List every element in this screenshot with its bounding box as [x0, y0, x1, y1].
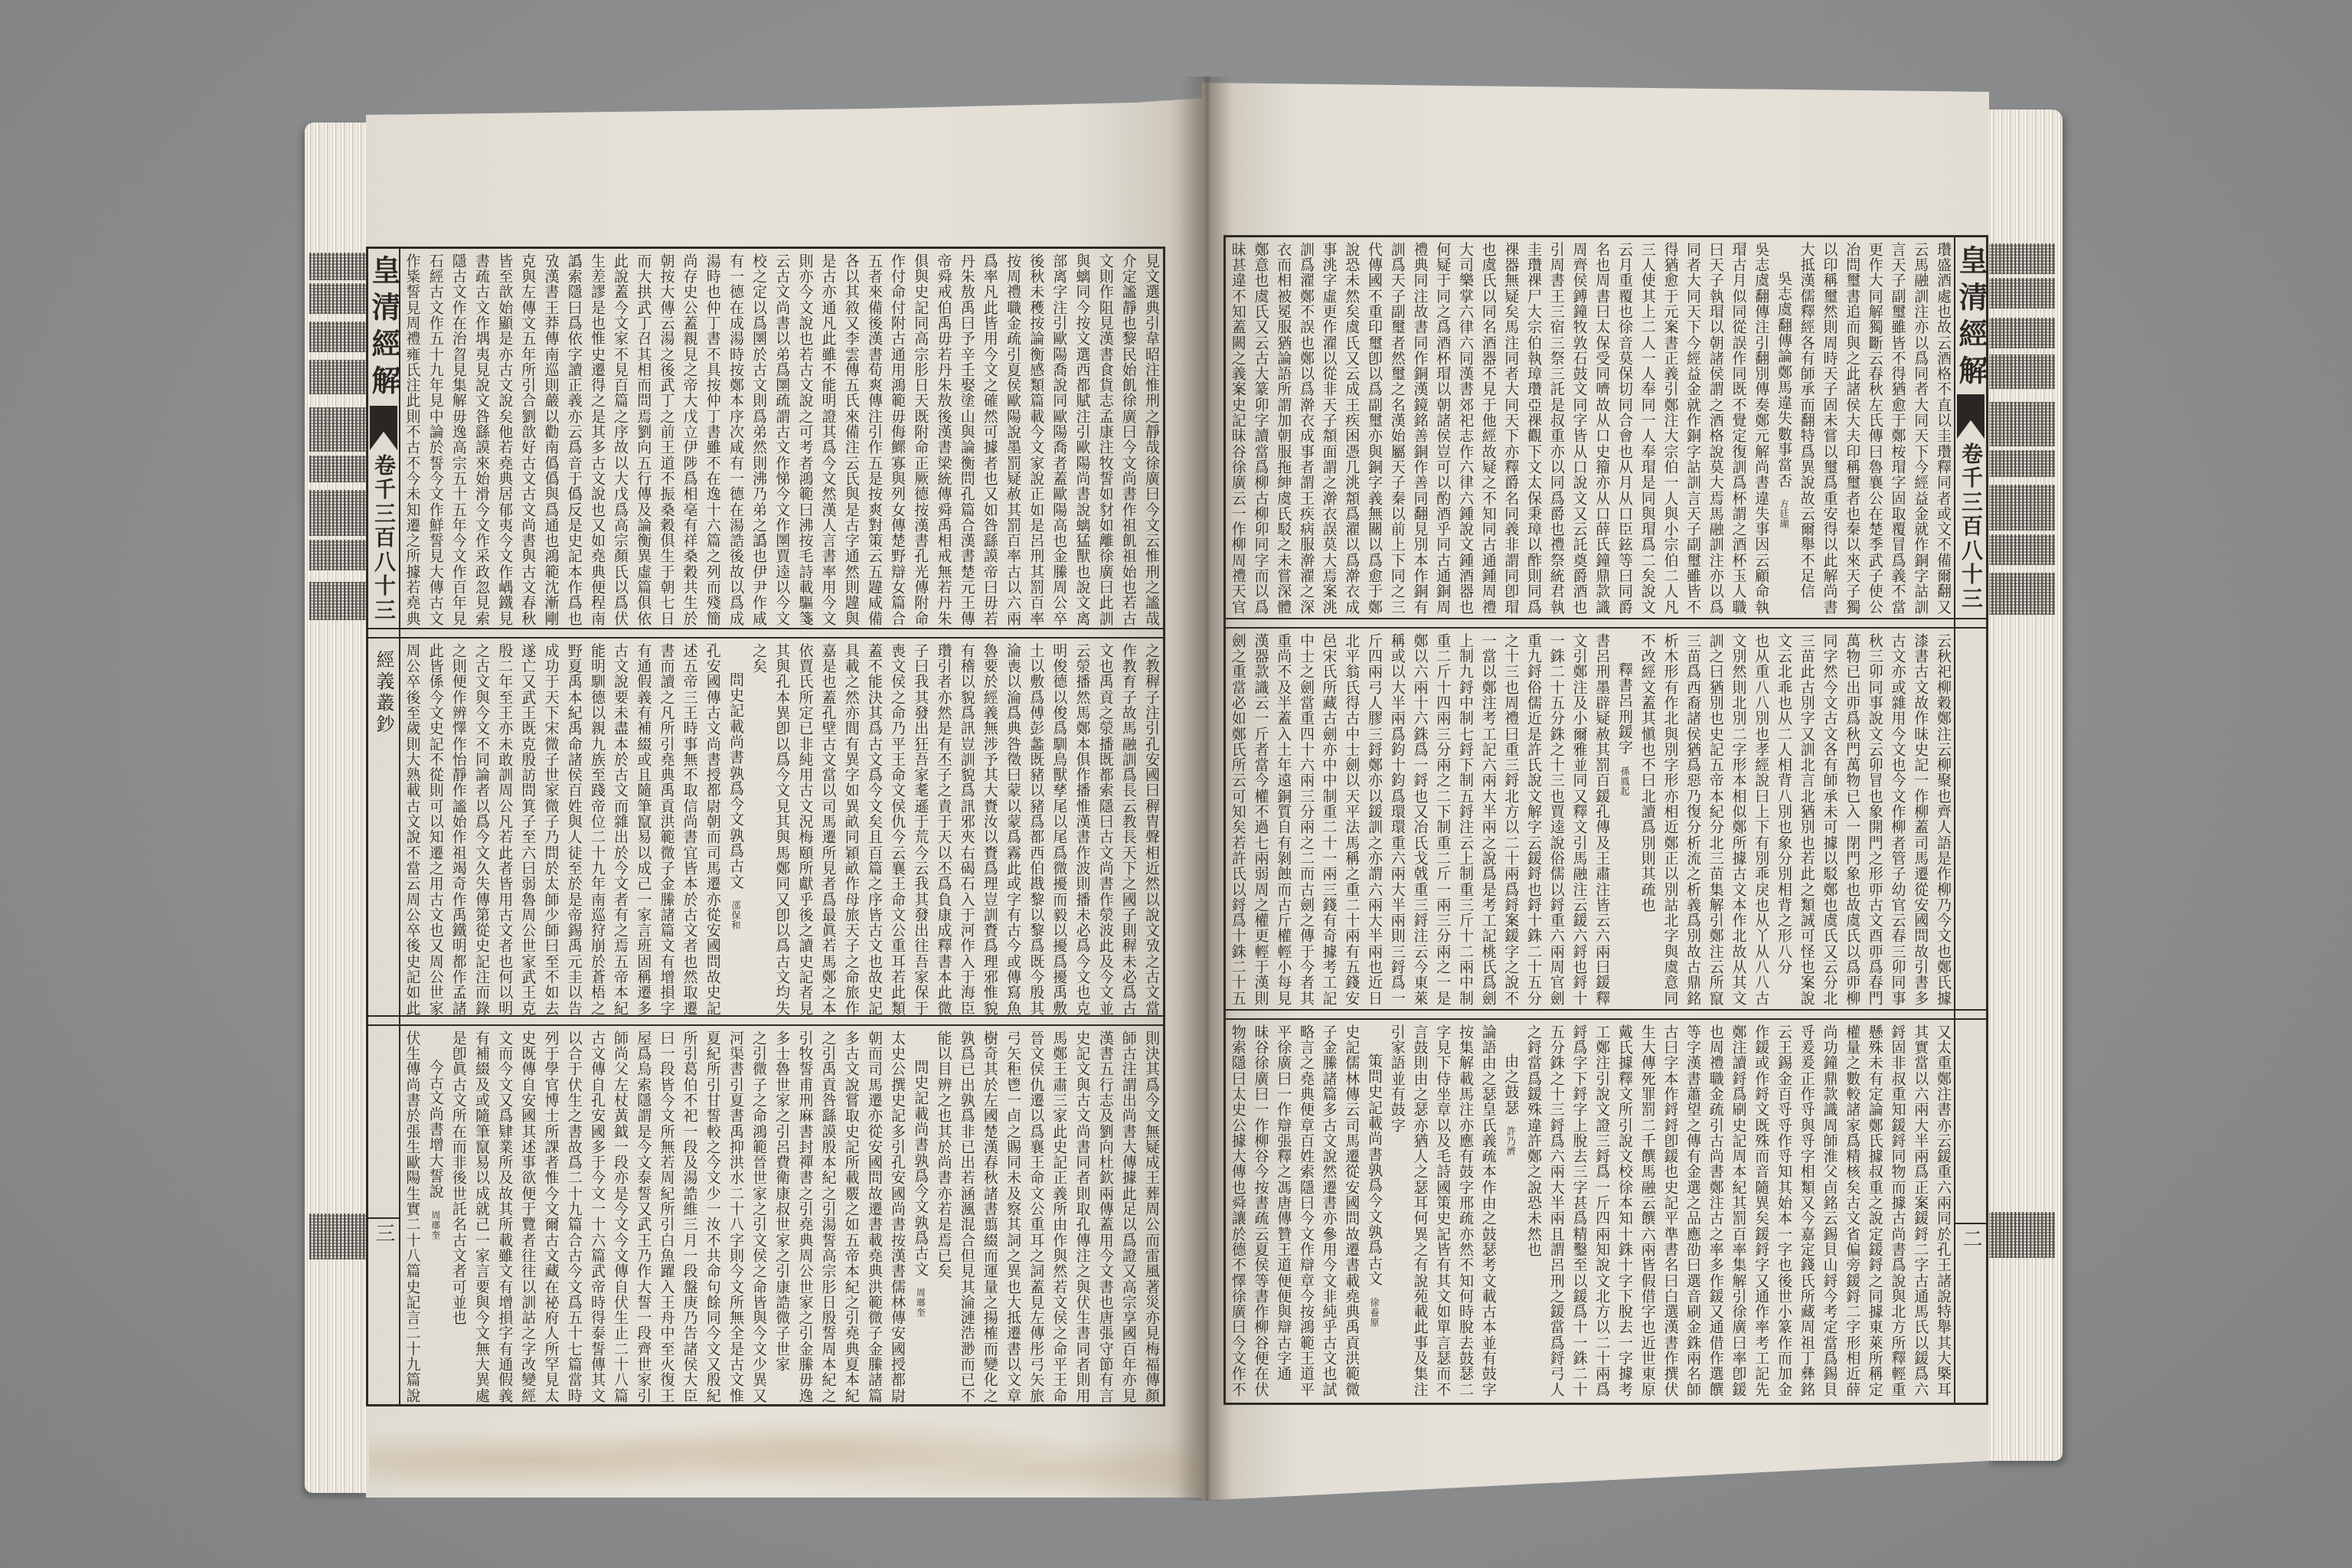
column-text: 其與孔本異卽以爲今文見其與馬鄭同又卽以爲古文均失: [773, 643, 790, 1015]
text-column: 古文亦或雜用今文也今文作柳者管子幼官云春三卯同事: [1886, 629, 1909, 1009]
text-column: 子金縢諸篇多古文說然遷書亦參用今文非純乎古文也試: [1317, 1020, 1340, 1403]
column-text: 禮典同注故書同作銅漢鏡銘善銅作善同翻見別本作銅有: [1411, 242, 1428, 615]
column-text: 云王錫金百寽寽作寽知其始本一字也後世小篆作而加金: [1775, 1024, 1792, 1397]
text-column: 釋書呂刑鍰字孫鳳起: [1612, 629, 1635, 1009]
tier-divider: [400, 628, 1163, 639]
text-column: 朝按大傳云湯之後武丁之前王道不振桑穀俱生于朝七日: [655, 249, 678, 628]
text-column: 得猶愈于元案書正義引鄭注大宗伯一人與小宗伯二人凡: [1658, 237, 1681, 618]
column-text: 能以目辨之也其於尚書亦若是焉已矣: [935, 1031, 952, 1279]
column-text: 平徐廣曰一作辯張釋之馮唐傳贊王道便便與辯古字通: [1275, 1024, 1292, 1382]
column-text: 與螭同今按文選西都賦注引歐陽尚書說螭猛獸也說文离: [1073, 253, 1090, 626]
column-text: 寽爰爰正作寽與寽字相類又今嘉定錢氏所藏周祖丁彝銘: [1798, 1024, 1815, 1397]
text-column: 之十三也周禮曰重三鋝北方以二十兩爲鋝案鍰字之說不: [1499, 629, 1522, 1009]
text-column: 史記儒林傳云司馬遷從安國問故遷書載堯典禹貢洪範微: [1340, 1020, 1363, 1403]
ink-smear: [1988, 485, 2055, 531]
text-column: 文而今文又爲肄業所及故其所載雖文有增損字有通假義: [493, 1026, 516, 1404]
column-text: 云滎播然馬鄭本俱作播惟漢書作波則播未必爲今文也克: [1073, 643, 1090, 1015]
paper-stain: [369, 1413, 1196, 1493]
text-column: 師尚父左杖黃鉞一段亦是今文今文傳自伏生止二十八篇: [609, 1026, 632, 1404]
column-text: 訓之曰猶別也史記五帝本紀分北三苗集解引鄭注云所竄: [1707, 633, 1724, 1006]
text-column: 禮典同注故書同作銅漢鏡銘善銅作善同翻見別本作銅有: [1408, 237, 1431, 618]
right-page-text-area: 瓚盛酒處也故云酒格不直以圭瓚釋同者或文不備爾翻又云馬融訓注亦以爲同者大同天下今經…: [1226, 237, 1954, 1403]
ink-smear: [1988, 318, 2055, 348]
text-column: 引家語並有鼓字: [1385, 1020, 1408, 1403]
text-column: 衣而相被冕服猶論語所謂加朝服拖紳虞氏駁之未嘗深體: [1271, 237, 1294, 618]
text-column: 三人使其上二人一人奉同一人奉瑁是同與瑁爲二矣說文: [1635, 237, 1658, 618]
text-column: 攷漢書王莽傳南巡則䕾以勸南僞僞與爲通也鴻範沈漸剛: [539, 249, 562, 628]
text-column: 何疑于同之爲酒杯瑁以朝諸侯豈可以酌酒乎同古通銅周: [1430, 237, 1453, 618]
volume-label: 卷千三百八十三: [1955, 443, 1986, 612]
column-text: 古文亦或雜用今文也今文作柳者管子幼官云春三卯同事: [1890, 633, 1906, 1006]
column-text: 古曰字本作鋝鋝卽鍰也史記平準書名曰白選漢書作撰伏: [1661, 1024, 1678, 1397]
column-text: 馬鄭王肅三家此史記正義所由作與然若文侯之命平王命: [1050, 1031, 1067, 1403]
author-name: 孫鳳起: [1619, 766, 1630, 796]
column-text: 淪喪以淪爲典咎徵曰蒙以蒙爲霧此或字有古今或傳寫魚: [1004, 643, 1021, 1015]
column-text: 此說蓋今文家不見百篇之序故以大戊爲高宗顏氏以爲伏: [612, 253, 629, 626]
column-text: 昧甚違不知蓋闕之義案史記昧谷徐廣云一作柳周禮天官: [1230, 242, 1246, 615]
column-text: 介定謐靜也黎民始飢徐廣曰今文尚書作祖飢祖始也若古: [1120, 253, 1137, 626]
column-text: 是卽眞古文所在而非後世託名古文者可並也: [450, 1031, 467, 1326]
text-column: 重尚不及半蓋入土年遠銅質自有剝蝕而古斤權輕小每見: [1271, 629, 1294, 1009]
text-column: 云秋祀柳穀鄭注云柳聚也齊人語是作柳乃今文也鄭氏據: [1931, 629, 1954, 1009]
text-column: 也周禮職金疏引古尚書鄭注古之率多作鍰又通借作選饌: [1704, 1020, 1726, 1403]
text-column: 三苗此古別字又訓北言北猶別也若此之類誠可怪也案說: [1795, 629, 1818, 1009]
text-column: 重二斤十四兩三分兩之二下制重二斤一兩三分兩之一是: [1430, 629, 1453, 1009]
text-column: 有補綴及或隨筆竄易以成就己一家言要與今文無大異處: [470, 1026, 493, 1404]
column-text: 嘉是也蓋孔壁古文當以司馬遷所見者爲最眞若馬鄭之本: [820, 643, 837, 1015]
text-column: 析木形有作北與別字形亦相近鄭正以別詁北字與虞意同: [1658, 629, 1681, 1009]
column-text: 三苗爲西裔諸侯猶爲惡乃復分析流之析義爲別故古鼎銘: [1684, 633, 1701, 1006]
text-column: 生大傳死罪罰二千饌馬融云饌六兩皆假借字也近世東原: [1635, 1020, 1658, 1403]
column-text: 瓚引者亦然是有丕子之責于天以丕爲負康成釋書本此微: [935, 643, 952, 1015]
text-column: 以印稱璽然則周時天子固未嘗以璽爲重安得以此解尚書: [1818, 237, 1841, 618]
column-text: 隱古文作在治曶見集解毋逸高宗五十五年今文作百年見: [450, 253, 467, 626]
page-number: 三: [368, 1223, 399, 1246]
text-column: 訓爲天子副璽者然璽之名漢始屬天子秦以前上下同之三: [1385, 237, 1408, 618]
text-column: 之教稺子注引孔安國曰稺胄聲相近然以說文攷之古文當: [1140, 639, 1163, 1015]
column-text: 同字然今文古文各有師承未可據以駁鄭也虞氏又云分北: [1821, 633, 1837, 1006]
column-text: 漢書五行志及劉向杜欽兩傳蓋用今文書也唐張守節有言: [1097, 1031, 1114, 1403]
text-column: 云滎播然馬鄭本俱作播惟漢書作波則播未必爲今文也克: [1070, 639, 1093, 1015]
text-column: 書呂刑墨辟疑赦其罰百鍰孔傳及王肅注皆云六兩曰鍰釋: [1590, 629, 1613, 1009]
text-column: 各以其敘又李雲傳五氏來備注云氏與是古字通然則韙與: [840, 249, 863, 628]
column-text: 土以敷爲傅彭蠡既豬以豬爲都西伯戡黎以黎爲既今殷其: [1027, 643, 1044, 1015]
column-text: 言鼓則由之瑟亦猶人之瑟耳何異之有說苑載此事及集注: [1411, 1024, 1428, 1397]
text-column: 土以敷爲傅彭蠡既豬以豬爲都西伯戡黎以黎爲既今殷其: [1024, 639, 1047, 1015]
text-column: 權量之數較諸家爲精核矣古文省偏旁鍰鋝二字形相近薛: [1840, 1020, 1863, 1403]
column-text: 之鋝當爲鍰殊違許鄭之說恐未然也: [1525, 1024, 1542, 1258]
text-column: 有一德在成湯時按鄭本序次咸有一德在湯誥後故以爲成: [724, 249, 747, 628]
column-text: 石經古文作五十九年見中論於誓今文作鮮誓見大傳古文: [427, 253, 444, 626]
column-text: 魯要於經義無涉予其大賚汝以賚爲理豈訓賚爲理邪惟貌: [982, 643, 998, 1015]
text-column: 作粊誓見周禮雍氏注此則不古不今未知遷之所據若堯典: [400, 249, 423, 628]
column-text: 成功于天下宋微子世家微子乃問於太師少師曰至不如去: [543, 643, 560, 1015]
column-text: 云月重覆也徐音莫保切同合會也从月从口臣鉉等曰同爵: [1616, 242, 1633, 615]
column-text: 見文選典引韋昭注惟刑之靜哉徐廣曰今文云惟刑之謐哉: [1143, 253, 1160, 626]
ink-smear: [309, 407, 369, 452]
text-column: 所引葛伯不祀一段及湯誥維三月一段盤庚乃告諸侯大臣: [678, 1026, 701, 1404]
text-tier-top: 瓚盛酒處也故云酒格不直以圭瓚釋同者或文不備爾翻又云馬融訓注亦以爲同者大同天下今經…: [1226, 237, 1954, 618]
column-text: 孰爲已出孰爲非已出若涵渢混合但見其淪漣浩渺而已不: [959, 1031, 975, 1403]
text-column: 上制九鋝中制七鋝下制五鋝注云上制重三斤十二兩中制: [1453, 629, 1476, 1009]
ink-smear: [309, 1214, 369, 1259]
column-text: 喪文侯之命乃平王命文侯仇今云襄王命文公重耳若此類: [889, 643, 906, 1015]
text-column: 馬鄭王肅三家此史記正義所由作與然若文侯之命平王命: [1047, 1026, 1070, 1404]
column-text: 殷二年至王亦未敢訓周公凡若此者皆用古文者也何以明: [496, 643, 513, 1015]
column-text: 也虞氏以同名酒器不見于他經故疑之不知同古通鍾周禮: [1480, 242, 1497, 615]
text-column: 具載之然亦間有異字如異畝同穎畝作母旅天子之命旅作: [840, 639, 863, 1015]
fishtail-mark-icon: [370, 406, 397, 450]
column-text: 則亦今文說也若古文說之可考者鴻範曰沸按毛詩載驅箋: [796, 253, 813, 626]
tier-divider: [368, 1015, 399, 1026]
text-column: 一當以鄭注考工記六兩大半兩之說爲是考工記桃氏爲劍: [1476, 629, 1499, 1009]
text-column: 之引微子之命鴻範晉世家之引文侯之命皆與今文少異又: [747, 1026, 770, 1404]
text-column: 殷二年至王亦未敢訓周公凡若此者皆用古文者也何以明: [493, 639, 516, 1015]
text-column: 與螭同今按文選西都賦注引歐陽尚書說螭猛獸也說文离: [1070, 249, 1093, 628]
column-text: 書而讀之凡所引堯典禹貢洪範微子金縢諸篇文有增損字: [658, 643, 675, 1015]
ink-smear: [1988, 1212, 2055, 1258]
text-column: 策問史記載尚書孰爲今文孰爲古文徐養原: [1362, 1020, 1385, 1403]
text-column: 吳志虞翻傳注引翻別傳奏鄭元解尚書違失事因云顧命執: [1749, 237, 1772, 618]
text-column: 夏紀所引甘誓較之今文少一汝不共命句餘同今文又殷紀: [701, 1026, 724, 1404]
column-text: 重九鋝俗儒近是許氏說文解字云鍰鋝也鋝十銖二十五分: [1525, 633, 1542, 1006]
column-text: 五分銖之十三鋝爲六兩大半兩且謂呂刑之鍰當爲鋝弓人: [1548, 1024, 1565, 1397]
column-text: 鄭以六兩十六銖爲一鋝也又冶氏戈戟重三鋝注云今東萊: [1411, 633, 1428, 1006]
column-text: 文引鄭注及小爾雅並同又釋文引馬融注云鍰六鋝也鋝十: [1571, 633, 1588, 1006]
column-text: 譌索隱曰爲依字讀正義亦云爲音于僞反是史記本作爲也: [566, 253, 583, 626]
text-column: 書而讀之凡所引堯典禹貢洪範微子金縢諸篇文有增損字: [655, 639, 678, 1015]
column-text: 遂亡又武王既克殷訪問箕子至六曰弱魯周公世家武王克: [519, 643, 536, 1015]
text-column: 則亦今文說也若古文說之可考者鴻範曰沸按毛詩載驅箋: [793, 249, 816, 628]
column-text: 漆書古文故作昧史記一作柳蓋司馬遷從安國問故引書多: [1912, 633, 1929, 1006]
column-text: 古文傳自孔安國多于今文一十六篇武帝時得泰誓傳其文: [589, 1031, 606, 1403]
tier-divider: [1955, 1009, 1986, 1020]
column-text: 上制九鋝中制七鋝下制五鋝注云上制重三斤十二兩中制: [1457, 633, 1474, 1006]
text-column: 生差謬是也惟史遷得之是其多古文說也又如堯典便程南: [586, 249, 609, 628]
column-text: 秋三卯同事說文云卯冒也象開門之形丣古文酉丣爲春門: [1867, 633, 1883, 1006]
text-column: 名也周書曰太保受同嚌故从口史籀亦从口薛氏鐘鼎款識: [1590, 237, 1613, 618]
text-column: 祼器無疑矣馬注同者大同天下亦釋爵名同義非謂同卽瑁: [1499, 237, 1522, 618]
page-number: 二: [1955, 1228, 1986, 1251]
text-column: 作鍰或作鋝文既殊而音隨異矣鍰鋝字又通作率考工記先: [1749, 1020, 1772, 1403]
ink-smear: [1988, 243, 2055, 274]
series-label: 經義叢鈔: [368, 650, 399, 736]
ink-smear: [309, 540, 369, 570]
column-text: 物索隱曰太史公據大傳也舜讓於德不懌徐廣曰今文作不: [1230, 1024, 1246, 1397]
column-text: 史既傳自安國其述事欲便于覽者往往以訓詁之字改變經: [519, 1031, 536, 1403]
column-text: 按集解載馬注亦應有鼓字邢疏亦然不知何時脫去鼓瑟二: [1457, 1024, 1474, 1397]
text-column: 尚存史公蓋親見之帝大戊立伊陟爲相亳有祥桑穀共生於: [678, 249, 701, 628]
column-text: 論語由之瑟皇氏義疏本作由之鼓瑟考文載古本並有鼓字: [1480, 1024, 1497, 1397]
column-text: 鄭注讀鋝爲刷史記周本紀其罰百率集解引徐廣曰率卽鍰: [1730, 1024, 1747, 1397]
column-text: 重二斤十四兩三分兩之二下制重二斤一兩三分兩之一是: [1434, 633, 1451, 1006]
column-text: 俱與史記同高宗肜日天既附命正厥德按漢書孔光傳附命: [912, 253, 929, 626]
text-column: 古曰字本作鋝鋝卽鍰也史記平準書名曰白選漢書作撰伏: [1658, 1020, 1681, 1403]
text-column: 也从重八八別也孝經說曰上下有別乖戾也从丫从八八古: [1749, 629, 1772, 1009]
text-column: 引周書王三宿三祭三託是叔重亦以同爲爵也禮祭統君執: [1544, 237, 1567, 618]
column-text: 名也周書曰太保受同嚌故从口史籀亦从口薛氏鐘鼎款識: [1593, 242, 1610, 615]
column-text: 明俊德以俊爲馴鳥獸孳尾以尾爲微擾而毅以擾爲擾禹敷: [1050, 643, 1067, 1015]
column-text: 書疏古文作堣夷見說文咎繇謨來始滑今文作采政忽見索: [473, 253, 490, 626]
text-column: 成功于天下宋微子世家微子乃問於太師少師曰至不如去: [539, 639, 562, 1015]
right-page-text-frame: 皇清經解 卷千三百八十三 二 瓚盛酒處也故云酒格不直以圭瓚釋同者或文不備爾翻又云…: [1223, 235, 1988, 1405]
text-column: 鋝固非叔重知鍰鋝同物而據古尚書爲說與北方所釋輕重: [1886, 1020, 1909, 1403]
text-column: 孔安國傳古文尚書授都尉朝而司馬遷亦從安國問故史記: [701, 639, 724, 1015]
text-column: 多古文說嘗取史記所載覈之如五帝本紀之引堯典夏本紀: [840, 1026, 863, 1404]
text-column: 鄭以六兩十六銖爲一鋝也又冶氏戈戟重三鋝注云今東萊: [1408, 629, 1431, 1009]
text-column: 云月重覆也徐音莫保切同合會也从月从口臣鉉等曰同爵: [1612, 237, 1635, 618]
column-text: 克與左傳文五年所引合劉歆好古文古文尚書與古文春秋: [519, 253, 536, 626]
ink-smear: [309, 582, 369, 620]
column-text: 朝而司馬遷亦從安國問故遷書載堯典洪範微子金縢諸篇: [866, 1031, 883, 1403]
text-column: 說恐未然矣虞氏又云成王疾困憑几洮頮爲濯以爲澣衣成: [1340, 237, 1363, 618]
text-column: 史記文與古文尚書同者則取孔傳注之與伏生書同者則用: [1070, 1026, 1093, 1404]
column-text: 也周禮職金疏引古尚書鄭注古之率多作鍰又通借作選饌: [1707, 1024, 1724, 1397]
column-text: 訓爲天子副璽者然璽之名漢始屬天子秦以前上下同之三: [1389, 242, 1406, 615]
column-text: 是古亦通凡此雖不能明證其爲今文然漢人言書率用今文: [820, 253, 837, 626]
column-text: 樹奇其於左國楚漢春秋諸書翦綴而運量之揚榷而變化之: [982, 1031, 998, 1403]
column-text: 各以其敘又李雲傳五氏來備注云氏與是古字通然則韙與: [843, 253, 860, 626]
text-column: 按周禮職金疏引夏侯歐陽說墨罰疑赦其罰百率古以六兩: [1001, 249, 1024, 628]
text-column: 大司樂掌六律六同漢書郊祀志作六律六鍾說文鍾酒器也: [1453, 237, 1476, 618]
column-text: 文也禹貢之滎播既都索隱曰古文尚書作滎波此及今文並: [1097, 643, 1114, 1015]
column-text: 屋爲烏索隱謂是今文泰誓又武王乃作大誓一段齊世家引: [635, 1031, 652, 1403]
column-text: 同者大同天下今經益金就作銅字詁訓言天子副璽雖皆不: [1684, 242, 1701, 615]
column-text: 書呂刑墨辟疑赦其罰百鍰孔傳及王肅注皆云六兩曰鍰釋: [1593, 633, 1610, 1006]
author-name: 邵保和: [730, 900, 741, 930]
column-text: 尚功鐘鼎款識周師淮父卣銘云錫貝山鋝今考定當爲錫貝: [1821, 1024, 1837, 1397]
column-text: 之引禹貢咎繇謨殷本紀之引湯誓高宗肜日殷誓周本紀之: [820, 1031, 837, 1403]
column-text: 也从重八八別也孝經說曰上下有別乖戾也从丫从八八古: [1753, 633, 1769, 1006]
ink-smear: [1988, 354, 2055, 389]
column-text: 以印稱璽然則周時天子固未嘗以璽爲重安得以此解尚書: [1821, 242, 1837, 615]
column-text: 生差謬是也惟史遷得之是其多古文說也又如堯典便程南: [589, 253, 606, 626]
book-title: 皇清經解: [368, 255, 399, 402]
column-text: 之則便作辨懌作怡靜作謐始作祖竭奇作禹鐵明都作孟諸: [450, 643, 467, 1015]
column-text: 此皆係今文史記不從則可以知遷之用古文也又周公世家: [427, 643, 444, 1015]
text-column: 而大拱武丁召其相而問焉劉向五行傳及論衡異虛篇俱依: [632, 249, 655, 628]
column-text: 又太重鄭注書亦云鍰重六兩同於孔王諸說特舉其大槩耳: [1935, 1024, 1952, 1397]
column-text: 言天子副璽雖皆不得猶愈于鄭桉瑁字固取覆冒爲義不當: [1890, 242, 1906, 615]
text-column: 吳志虞翻傳論鄭馬違失數事當否方廷瑚: [1772, 237, 1795, 618]
column-text: 按周禮職金疏引夏侯歐陽說墨罰疑赦其罰百率古以六兩: [1004, 253, 1021, 626]
text-column: 昧谷徐廣曰一作柳谷今按書疏云夏侯等書作柳谷便在伏: [1249, 1020, 1272, 1403]
column-text: 更作大同解獨斷云春秋左氏傳曰魯襄公在楚季武子使公: [1867, 242, 1883, 615]
text-column: 又太重鄭注書亦云鍰重六兩同於孔王諸說特舉其大槩耳: [1931, 1020, 1954, 1403]
text-column: 朝而司馬遷亦從安國問故遷書載堯典洪範微子金縢諸篇: [863, 1026, 886, 1404]
column-text: 校之定以爲圛於古文則爲弟然則沸乃弟之譌也伊尹作咸: [750, 253, 767, 626]
left-page-text-area: 見文選典引韋昭注惟刑之靜哉徐廣曰今文云惟刑之謐哉介定謐靜也黎民始飢徐廣曰今文尚書…: [400, 249, 1163, 1404]
text-column: 一銖二十五分銖之十三也賈逵說俗儒以鋝重六兩周官劍: [1544, 629, 1567, 1009]
ink-smear: [309, 253, 369, 280]
column-text: 云古文尚書以弟爲圛疏謂古文作悌今文作圛賈逵以今文: [773, 253, 790, 626]
column-text: 由之鼓瑟: [1502, 1053, 1519, 1116]
text-column: 由之鼓瑟許乃濟: [1499, 1020, 1522, 1403]
text-column: 五者來備後漢書荀爽傳注引作五是按爽對策云五韙咸備: [863, 249, 886, 628]
text-column: 則決其爲今文無疑成王葬周公而雷風著災亦見梅福傳顏: [1140, 1026, 1163, 1404]
text-column: 其實當以六兩大半兩爲正案鍰鋝二字古通馬氏以鍰爲六: [1909, 1020, 1932, 1403]
column-text: 等字漢書蕭望之傳有金選之品應劭曰選音刷金銖兩名師: [1684, 1024, 1701, 1397]
column-text: 能明馴德以親九族至踐帝位二十九年南巡狩崩於蒼梧之: [589, 643, 606, 1015]
ink-smear: [309, 322, 369, 352]
tier-divider: [400, 1015, 1163, 1026]
left-page-text-frame: 皇清經解 卷千三百八十三 經義叢鈔 三 見文選典引韋昭注惟刑之靜哉徐廣曰今文云惟…: [366, 247, 1165, 1406]
column-text: 湯時也仲丁書不具按仲丁書雖不在逸十六篇之列而殘簡: [704, 253, 721, 626]
text-column: 鄭意也虞氏又云古大篆卯字讀當爲柳古柳卯同字而以爲: [1249, 237, 1272, 618]
column-text: 問史記載尚書孰爲今文孰爲古文: [727, 672, 744, 890]
text-column: 曰天子執瑁以朝諸侯謂之酒格說莫大焉馬融訓注亦以爲: [1704, 237, 1726, 618]
text-column: 此皆係今文史記不從則可以知遷之用古文也又周公世家: [424, 639, 447, 1015]
text-column: 弓矢秬鬯一卣之賜同未及察其詞之異也大抵遷書以文章: [1001, 1026, 1024, 1404]
column-text: 有通假義有補綴或且隨筆竄易以成己一家言班固稱遷多: [635, 643, 652, 1015]
left-page-edge-stack: [305, 122, 369, 1493]
text-column: 瑁古月似同從誤作同既不覺定復訓爲杯謂之酒杯玉人職: [1726, 237, 1749, 618]
text-tier-top: 見文選典引韋昭注惟刑之靜哉徐廣曰今文云惟刑之謐哉介定謐靜也黎民始飢徐廣曰今文尚書…: [400, 249, 1163, 628]
column-text: 史記儒林傳云司馬遷從安國問故遷書載堯典禹貢洪範微: [1343, 1024, 1360, 1397]
column-text: 列于學官博士所課者惟今文爾古文藏在祕府人所罕見太: [543, 1031, 560, 1403]
text-column: 之則便作辨懌作怡靜作謐始作祖竭奇作禹鐵明都作孟諸: [447, 639, 470, 1015]
text-column: 遂亡又武王既克殷訪問箕子至六曰弱魯周公世家武王克: [516, 639, 539, 1015]
text-column: 等字漢書蕭望之傳有金選之品應劭曰選音刷金銖兩名師: [1681, 1020, 1704, 1403]
column-text: 之教稺子注引孔安國曰稺胄聲相近然以說文攷之古文當: [1143, 643, 1160, 1015]
text-column: 平徐廣曰一作辯張釋之馮唐傳贊王道便便與辯古字通: [1271, 1020, 1294, 1403]
column-text: 瓚盛酒處也故云酒格不直以圭瓚釋同者或文不備爾翻又: [1935, 242, 1952, 615]
column-text: 生大傳死罪罰二千饌馬融云饌六兩皆假借字也近世東原: [1639, 1024, 1656, 1397]
page-number-rule: [1955, 1223, 1986, 1224]
column-text: 蓋不能決其爲古文爲今文矣且百篇之序皆古文也故史記: [866, 643, 883, 1015]
column-text: 文云北乖也从二人相背八別也象分別相背之形八分: [1775, 633, 1792, 975]
author-name: 方廷瑚: [1779, 499, 1789, 529]
column-text: 文則作阻見漢書食貨志孟康注牧誓如豺如離徐廣曰此訓: [1097, 253, 1114, 626]
text-column: 述五帝三王時事無不取信尚書宜皆本於古文者也然取遷: [678, 639, 701, 1015]
text-column: 之矣: [747, 639, 770, 1015]
text-column: 其與孔本異卽以爲今文見其與馬鄭同又卽以爲古文均失: [770, 639, 793, 1015]
column-text: 文別然則北別二字形本相似鄭所據古文本作北故从其文: [1730, 633, 1747, 1006]
column-text: 事洮字虛更作濯以從非天子頮面謂之澣衣誤莫大焉案洮: [1321, 242, 1338, 615]
column-text: 今古文尚書增大誓說: [427, 1060, 444, 1200]
column-text: 訓爲濯鄭不誤也鄭以爲澣衣成事者謂王疾病服澣濯之深: [1298, 242, 1315, 615]
text-column: 嘉是也蓋孔壁古文當以司馬遷所見者爲最眞若馬鄭之本: [816, 639, 839, 1015]
column-text: 萬物已出丣爲秋門萬物已入一閉門象也故虞氏以爲丣柳: [1844, 633, 1860, 1006]
text-column: 尚功鐘鼎款識周師淮父卣銘云錫貝山鋝今考定當爲錫貝: [1818, 1020, 1841, 1403]
text-column: 文則作阻見漢書食貨志孟康注牧誓如豺如離徐廣曰此訓: [1093, 249, 1116, 628]
column-text: 曰一段皆今文所無若周紀所引白魚躍入王舟中至火復王: [658, 1031, 675, 1403]
ink-smear: [1988, 573, 2055, 615]
text-column: 樹奇其於左國楚漢春秋諸書翦綴而運量之揚榷而變化之: [978, 1026, 1001, 1404]
text-column: 漆書古文故作昧史記一作柳蓋司馬遷從安國問故引書多: [1909, 629, 1932, 1009]
text-column: 曰一段皆今文所無若周紀所引白魚躍入王舟中至火復王: [655, 1026, 678, 1404]
column-text: 之十三也周禮曰重三鋝北方以二十兩爲鋝案鍰字之說不: [1502, 633, 1519, 1006]
text-column: 五分銖之十三鋝爲六兩大半兩且謂呂刑之鍰當爲鋝弓人: [1544, 1020, 1567, 1403]
column-text: 祼器無疑矣馬注同者大同天下亦釋爵名同義非謂同卽瑁: [1502, 242, 1519, 615]
text-column: 問史記載尚書孰爲今文孰爲古文邵保和: [724, 639, 747, 1015]
text-column: 也虞氏以同名酒器不見于他經故疑之不知同古通鍾周禮: [1476, 237, 1499, 618]
text-column: 部离字注引歐陽喬說同歐陽喬者蓋歐陽高也金縢周公卒: [1047, 249, 1070, 628]
column-text: 云馬融訓注亦以爲同者大同天下今經益金就作銅字詁訓: [1912, 242, 1929, 615]
column-text: 之引微子之命鴻範晉世家之引文侯之命皆與今文少異又: [750, 1031, 767, 1403]
text-column: 之鋝當爲鍰殊違許鄭之說恐未然也: [1521, 1020, 1544, 1403]
right-page-margin-strip: 皇清經解 卷千三百八十三 二: [1954, 237, 1986, 1403]
column-text: 而大拱武丁召其相而問焉劉向五行傳及論衡異虛篇俱依: [635, 253, 652, 626]
text-tier-bottom: 又太重鄭注書亦云鍰重六兩同於孔王諸說特舉其大槩耳其實當以六兩大半兩爲正案鍰鋝二字…: [1226, 1020, 1954, 1403]
column-text: 所引葛伯不祀一段及湯誥維三月一段盤庚乃告諸侯大臣: [681, 1031, 698, 1403]
text-column: 圭瓚祼尸大宗伯執璋瓚亞祼觀下文太保秉璋以酢則同爲: [1521, 237, 1544, 618]
text-column: 云馬融訓注亦以爲同者大同天下今經益金就作銅字詁訓: [1909, 237, 1932, 618]
text-column: 史既傳自安國其述事欲便于覽者往往以訓詁之字改變經: [516, 1026, 539, 1404]
text-column: 物索隱曰太史公據大傳也舜讓於德不懌徐廣曰今文作不: [1226, 1020, 1249, 1403]
column-text: 說恐未然矣虞氏又云成王疾困憑几洮頮爲濯以爲澣衣成: [1343, 242, 1360, 615]
column-text: 圭瓚祼尸大宗伯執璋瓚亞祼觀下文太保秉璋以酢則同爲: [1525, 242, 1542, 615]
column-text: 鄭意也虞氏又云古大篆卯字讀當爲柳古柳卯同字而以爲: [1252, 242, 1269, 615]
column-text: 析木形有作北與別字形亦相近鄭正以別詁北字與虞意同: [1661, 633, 1678, 1006]
column-text: 伏生傳尚書於張生歐陽生實二十八篇史記言二十九篇說: [404, 1031, 421, 1403]
tier-divider: [1955, 618, 1986, 629]
column-text: 有一德在成湯時按鄭本序次咸有一德在湯誥後故以爲成: [727, 253, 744, 626]
text-column: 北平翁氏得古中士劍以天平法馬稱之重二十兩有五錢安: [1340, 629, 1363, 1009]
column-text: 問史記載尚書孰爲今文孰爲古文: [912, 1060, 929, 1277]
text-column: 書疏古文作堣夷見說文咎繇謨來始滑今文作采政忽見索: [470, 249, 493, 628]
text-column: 周公卒後至歲則大熟載古文說不當云周公卒後史記如此: [400, 639, 423, 1015]
column-text: 古文說要未盡本於古文而雜出於今文者有之焉五帝本紀: [612, 643, 629, 1015]
column-text: 後秋未穫按論衡感類篇載今文家說正如是呂刑其罰百率: [1027, 253, 1044, 626]
text-column: 字見下侍坐章以及毛詩國策史記皆有其文如單言瑟而不: [1430, 1020, 1453, 1403]
column-text: 工鄭注引說文證三鋝爲一斤四兩知說文北方以二十兩爲: [1593, 1024, 1610, 1397]
author-name: 徐養原: [1369, 1298, 1380, 1328]
column-text: 丹朱敖禹曰予辛壬娶塗山與論衡問孔篇合漢書楚元王傳: [959, 253, 975, 626]
column-text: 何疑于同之爲酒杯瑁以朝諸侯豈可以酌酒乎同古通銅周: [1434, 242, 1451, 615]
text-column: 代傳國不重印璽卽以爲副璽亦與銅字義無關以爲愈于鄭: [1362, 237, 1385, 618]
column-text: 作粊誓見周禮雍氏注此則不古不今未知遷之所據若堯典: [404, 253, 421, 626]
text-column: 克與左傳文五年所引合劉歆好古文古文尚書與古文春秋: [516, 249, 539, 628]
column-text: 史記文與古文尚書同者則取孔傳注之與伏生書同者則用: [1073, 1031, 1090, 1403]
column-text: 具載之然亦間有異字如異畝同穎畝作母旅天子之命旅作: [843, 643, 860, 1015]
text-column: 能明馴德以親九族至踐帝位二十九年南巡狩崩於蒼梧之: [586, 639, 609, 1015]
column-text: 以合于伏生之書故爲二十九篇合古今文爲五十七篇當時: [566, 1031, 583, 1403]
text-column: 伏生傳尚書於張生歐陽生實二十八篇史記言二十九篇說: [400, 1026, 423, 1404]
text-column: 論語由之瑟皇氏義疏本作由之鼓瑟考文載古本並有鼓字: [1476, 1020, 1499, 1403]
column-text: 爲率凡此皆用今文之確然可據者也又如咎繇謨帝曰毋若: [982, 253, 998, 626]
text-column: 帝舜戒伯禹毋若丹朱敖後漢書梁統傳舜禹相戒無若丹朱: [932, 249, 955, 628]
text-column: 今古文尚書增大誓說周瑯奎: [424, 1026, 447, 1404]
ink-smear: [1988, 534, 2055, 565]
column-text: 邑宋氏所藏古劍亦中中制重二十一兩三錢有奇據考工記: [1321, 633, 1338, 1006]
volume-label: 卷千三百八十三: [368, 454, 399, 623]
column-text: 不改經文蓋其愼也不曰北讀爲別則其疏也: [1639, 633, 1656, 913]
text-column: 俱與史記同高宗肜日天既附命正厥德按漢書孔光傳附命: [909, 249, 932, 628]
column-text: 部离字注引歐陽喬說同歐陽喬者蓋歐陽高也金縢周公卒: [1050, 253, 1067, 626]
author-name: 許乃濟: [1505, 1126, 1516, 1156]
right-page-edge-stack: [1988, 109, 2063, 1461]
column-text: 權量之數較諸家爲精核矣古文省偏旁鍰鋝二字形相近薛: [1844, 1024, 1860, 1397]
column-text: 晉文侯仇遷以爲襄王命文公重耳之詞蓋見左傳彤弓矢旅: [1027, 1031, 1044, 1403]
ink-smear: [1988, 450, 2055, 477]
text-column: 多士魯世家之引呂費衛康叔世家之引康誥微子世家: [770, 1026, 793, 1404]
ink-smear: [309, 283, 369, 314]
column-text: 則決其爲今文無疑成王葬周公而雷風著災亦見梅福傳顏: [1143, 1031, 1160, 1403]
column-text: 劍之重當必如鄭氏所云可知矣若許氏以鋝爲十銖二十五: [1230, 633, 1246, 1006]
text-column: 魯要於經義無涉予其大賚汝以賚爲理豈訓賚爲理邪惟貌: [978, 639, 1001, 1015]
column-text: 大抵漢儒釋經各有師承而翻特爲異說故云爾舉不足信: [1798, 242, 1815, 599]
text-column: 言鼓則由之瑟亦猶人之瑟耳何異之有說苑載此事及集注: [1408, 1020, 1431, 1403]
column-text: 鋝固非叔重知鍰鋝同物而據古尚書爲說與北方所釋輕重: [1890, 1024, 1906, 1397]
text-column: 戴氏據釋文所引說文校徐本知十銖十字下脫去一字據考: [1612, 1020, 1635, 1403]
text-column: 有稽以貌爲訊豈訓貌爲訊邪夾右碣石入于河作入于海臣: [955, 639, 978, 1015]
column-text: 中士之劍當重四十六兩三分兩之二而古劍之傳于今者其: [1298, 633, 1315, 1006]
column-text: 引牧誓甫刑麻書封禪書之引堯典周公世家之引金縢毋逸: [796, 1031, 813, 1403]
column-text: 多古文說嘗取史記所載覈之如五帝本紀之引堯典夏本紀: [843, 1031, 860, 1403]
page-number-rule: [368, 1217, 399, 1219]
column-text: 吳志虞翻傳注引翻別傳奏鄭元解尚書違失事因云顧命執: [1753, 242, 1769, 615]
